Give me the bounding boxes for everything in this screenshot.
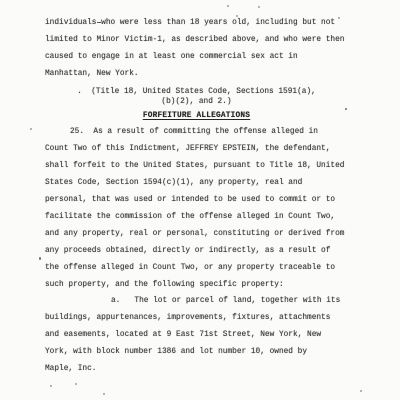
text-line: Manhattan, New York. — [45, 66, 348, 83]
text-line: limited to Minor Victim-1, as described … — [45, 32, 348, 49]
citation-line: . (Title 18, United States Code, Section… — [45, 88, 348, 98]
text-line: caused to engage in at least one commerc… — [45, 49, 348, 66]
scan-speck — [227, 5, 229, 7]
text-line: any proceeds obtained, directly or indir… — [45, 243, 348, 260]
scan-speck — [39, 257, 41, 260]
paragraph-25: 25. As a result of committing the offens… — [45, 124, 348, 294]
scanned-indictment-page: individuals who were less than 18 years … — [0, 0, 400, 400]
forfeiture-allegations-heading: FORFEITURE ALLEGATIONS — [45, 110, 348, 122]
scan-speck — [345, 108, 347, 110]
scan-speck — [360, 390, 362, 392]
text-line: buildings, appurtenances, improvements, … — [45, 310, 348, 327]
scan-speck — [50, 385, 52, 387]
text-line: the offense alleged in Count Two, or any… — [45, 260, 348, 277]
text-line: Count Two of this Indictment, JEFFREY EP… — [45, 141, 348, 158]
scan-speck — [30, 128, 32, 130]
statute-citation: . (Title 18, United States Code, Section… — [45, 88, 348, 107]
text-line: 25. As a result of committing the offens… — [45, 124, 348, 141]
scan-speck — [258, 6, 260, 8]
closing-paragraph: individuals who were less than 18 years … — [45, 15, 348, 83]
scan-dash-mark — [97, 22, 101, 23]
text-line: shall forfeit to the United States, purs… — [45, 158, 348, 175]
subparagraph-a: a. The lot or parcel of land, together w… — [45, 293, 348, 378]
citation-line: (b)(2), and 2.) — [45, 98, 348, 108]
text-line: and any property, real or personal, cons… — [45, 226, 348, 243]
text-line: facilitate the commission of the offense… — [45, 209, 348, 226]
text-line: a. The lot or parcel of land, together w… — [45, 293, 348, 310]
text-line: personal, that was used or intended to b… — [45, 192, 348, 209]
text-line: individuals who were less than 18 years … — [45, 15, 348, 32]
scan-speck — [338, 17, 340, 19]
text-line: Maple, Inc. — [45, 361, 348, 378]
scan-speck — [103, 393, 105, 395]
text-line: York, with block number 1386 and lot num… — [45, 344, 348, 361]
scan-speck — [75, 383, 77, 385]
scan-speck — [236, 15, 238, 17]
text-line: States Code, Section 1594(c)(1), any pro… — [45, 175, 348, 192]
text-line: such property, and the following specifi… — [45, 277, 348, 294]
text-line: and easements, located at 9 East 71st St… — [45, 327, 348, 344]
